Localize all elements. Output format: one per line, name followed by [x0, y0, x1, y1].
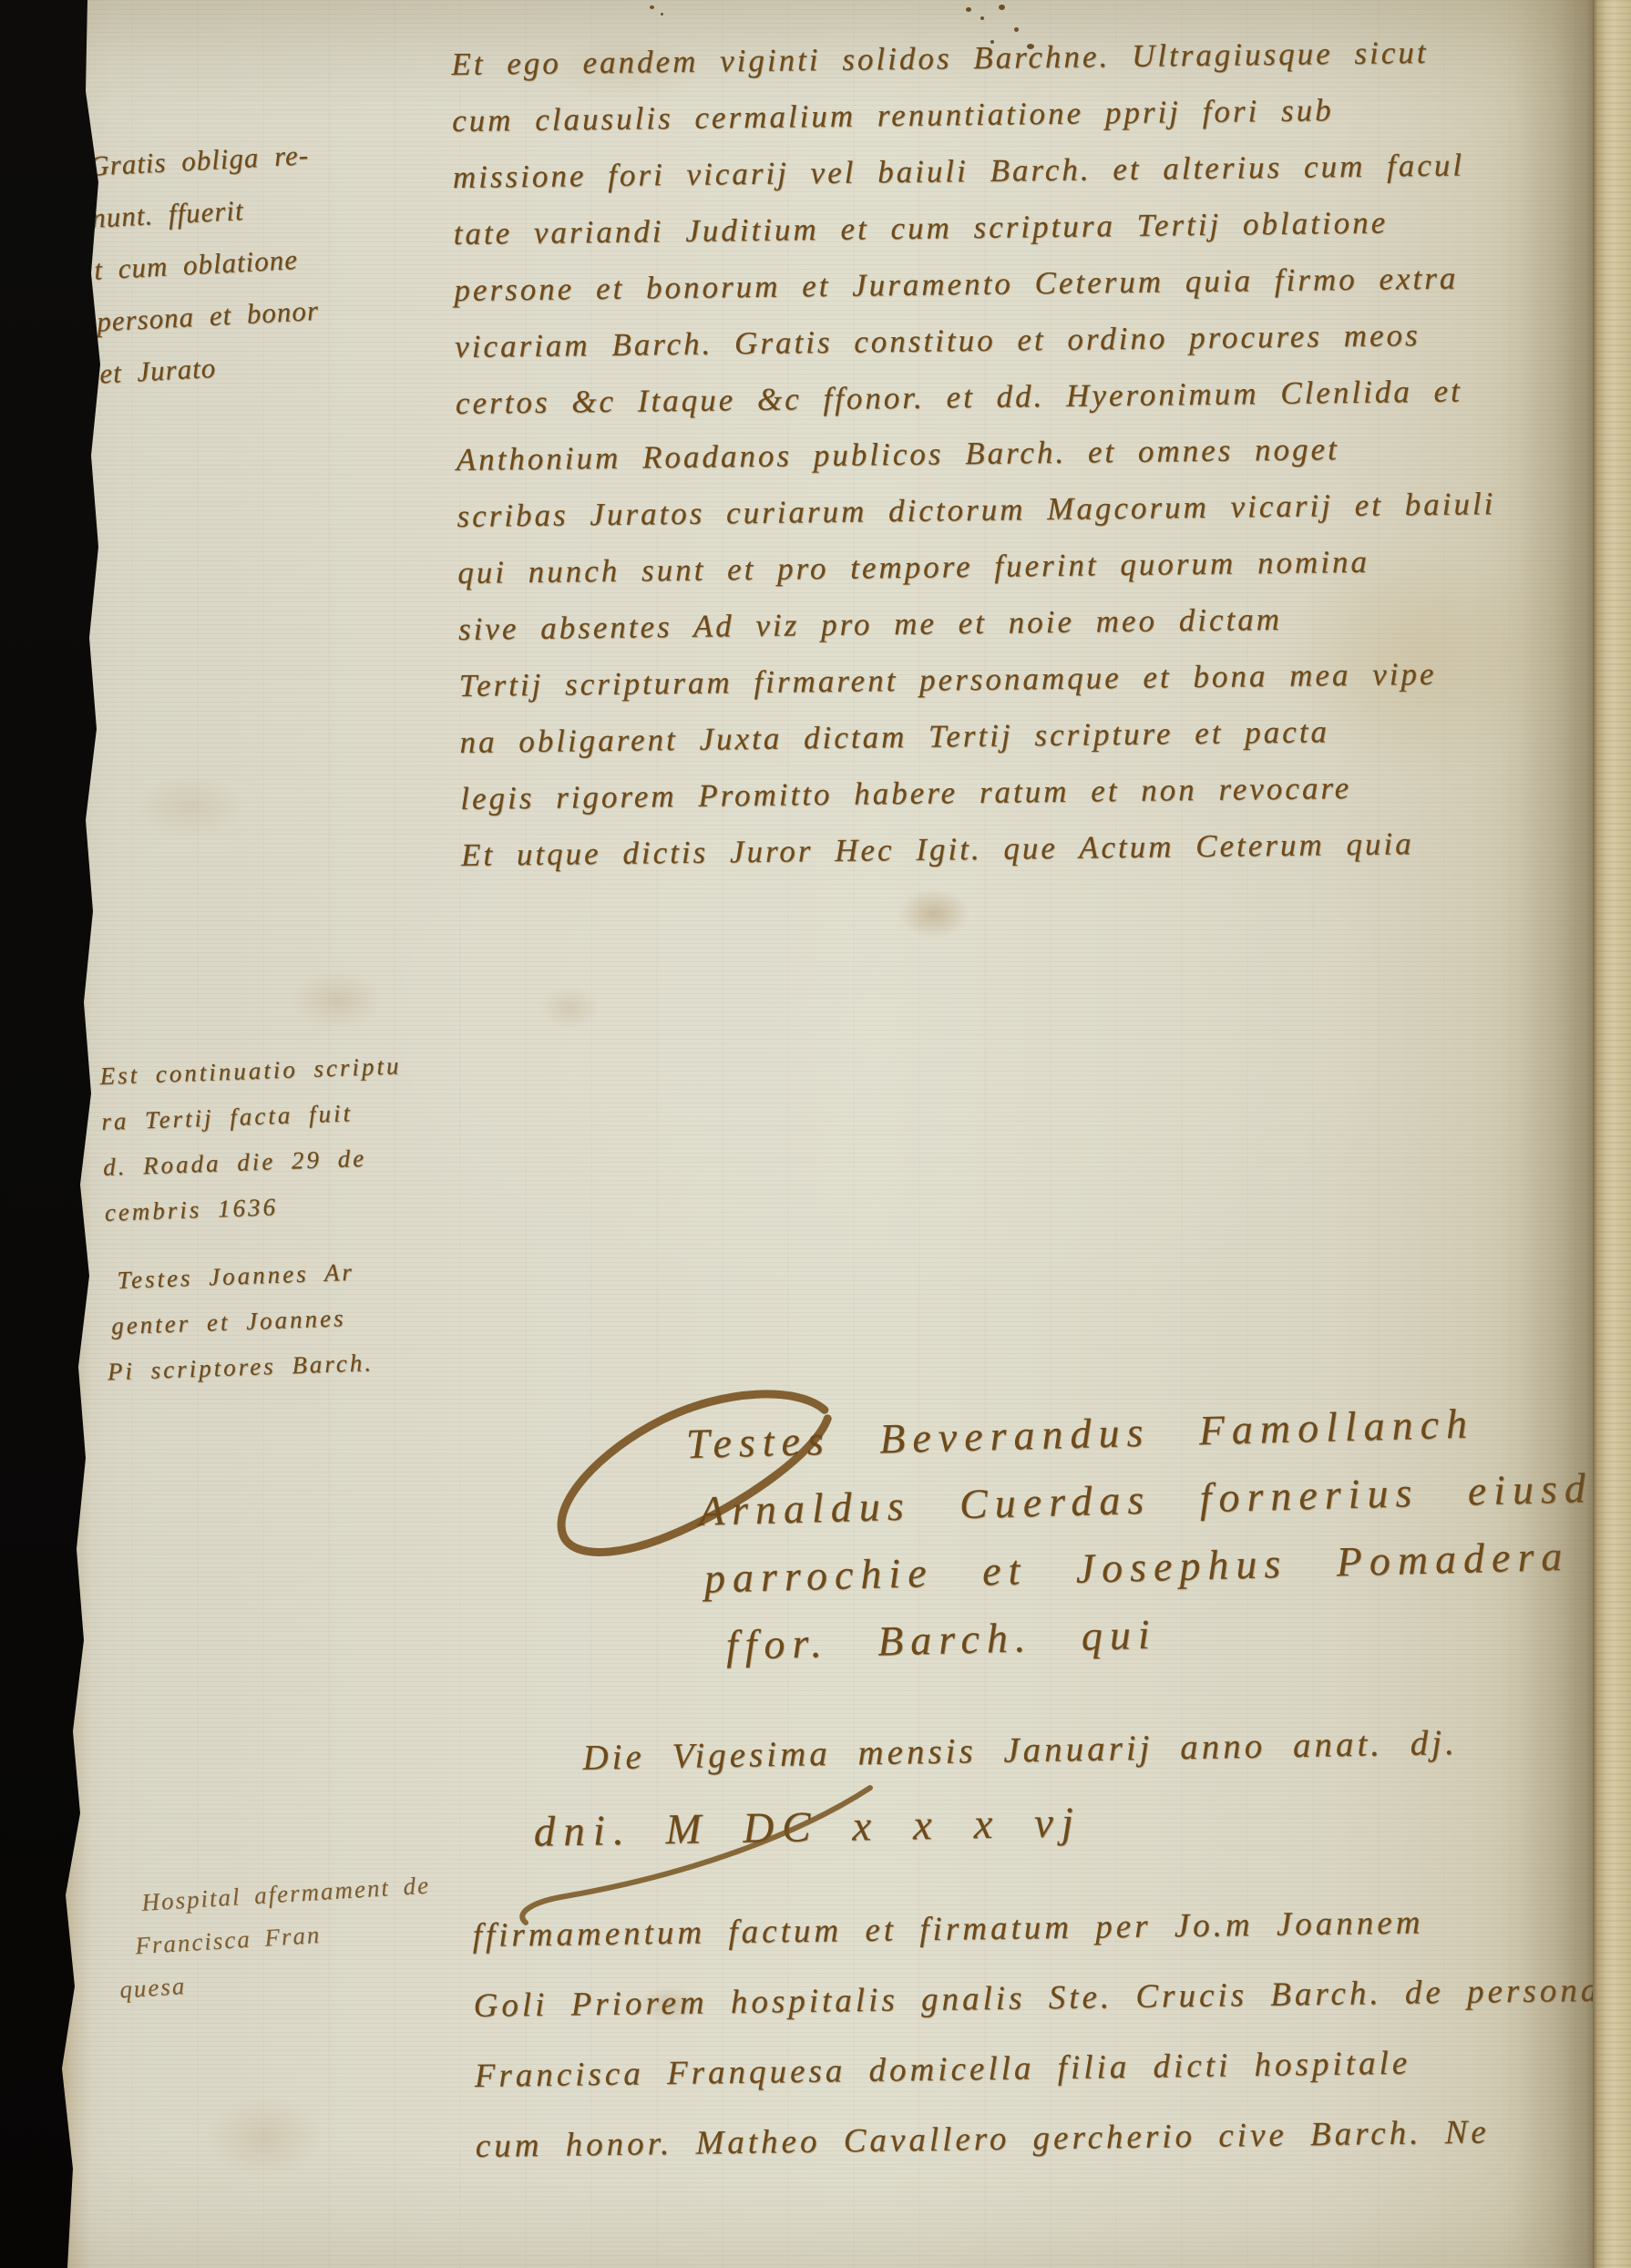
ink-spatter [661, 13, 663, 15]
ink-spatter [650, 5, 654, 9]
manuscript-page: Gratis obliga re- nunt. ffuerit t cum ob… [0, 0, 1593, 2268]
margin-note-top: Gratis obliga re- nunt. ffuerit t cum ob… [87, 125, 401, 400]
stain [137, 775, 246, 838]
manuscript-scan: Gratis obliga re- nunt. ffuerit t cum ob… [0, 0, 1631, 2268]
main-text-block: Et ego eandem viginti solidos Barchne. U… [451, 23, 1611, 884]
date-block: Die Vigesima mensis Januarij anno anat. … [582, 1704, 1596, 1867]
bottom-text-line: cum honor. Matheo Cavallero gercherio ci… [475, 2095, 1631, 2181]
stain [292, 970, 383, 1030]
stain [898, 888, 970, 939]
witness-block: Testes Beverandus Famollanch Arnaldus Cu… [685, 1387, 1612, 1680]
ink-spatter [999, 5, 1005, 10]
ink-spatter [966, 7, 971, 12]
margin-note-continuation: Est continuatio scriptu ra Tertij facta … [99, 1039, 516, 1236]
stain [205, 2096, 323, 2178]
bottom-text-block: ffirmamentum factum et firmatum per Jo.m… [472, 1884, 1631, 2181]
next-folio-edge [1593, 0, 1631, 2268]
stain [539, 986, 600, 1030]
margin-note-witnesses: Testes Joannes Ar genter et Joannes Pi s… [117, 1243, 531, 1394]
ink-spatter [980, 16, 984, 20]
